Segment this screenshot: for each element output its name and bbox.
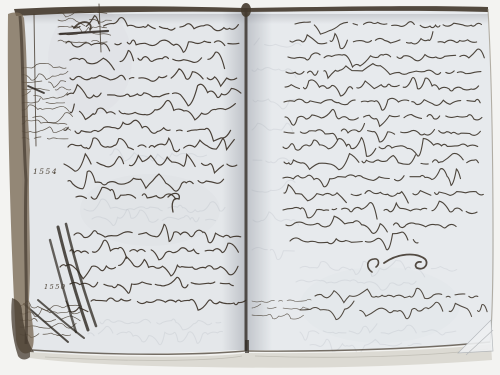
manuscript-svg: 1554 1550 [0, 0, 500, 375]
gutter-top-knot [241, 3, 251, 17]
margin-date-top: 1554 [33, 167, 58, 176]
manuscript-photo: 1554 1550 [0, 0, 500, 375]
margin-date-bottom: 1550 [44, 283, 67, 291]
gutter-shadow-left [222, 10, 246, 350]
gutter-shadow-right [246, 10, 272, 350]
